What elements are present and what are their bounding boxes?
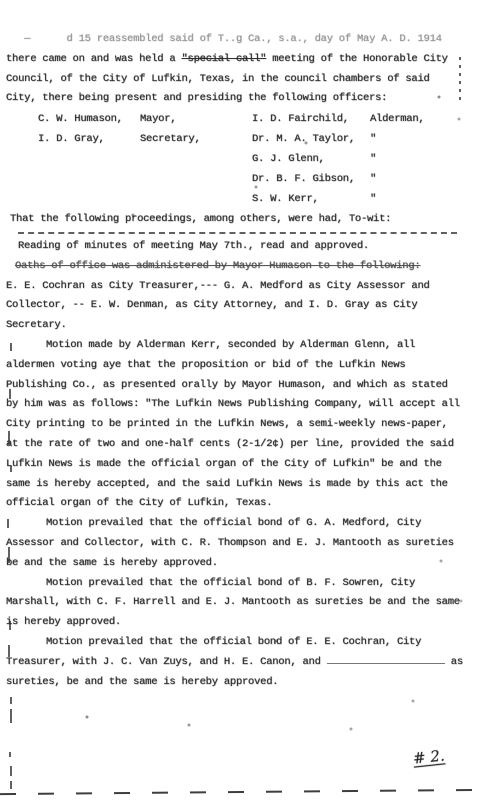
dashed-separator <box>18 232 457 234</box>
officer-title: Alderman, <box>370 113 424 125</box>
scan-noise-specks <box>0 0 2 2</box>
right-margin-dotted-mark <box>459 57 461 105</box>
officers-list: C. W. Humason,Mayor, I. D. Gray,Secretar… <box>6 110 463 210</box>
oaths-line: Oaths of office was administered by Mayo… <box>6 257 463 277</box>
minutes-read-line: Reading of minutes of meeting May 7th., … <box>6 237 463 257</box>
opening-paragraph: there came on and was held a "special ca… <box>6 50 452 109</box>
officer-row: C. W. Humason,Mayor, <box>38 110 201 130</box>
officer-row: I. D. Gray,Secretary, <box>38 130 201 150</box>
intro-line: — d 15 reassembled said of T..g Ca., s.a… <box>6 30 463 50</box>
officer-name: I. D. Gray, <box>38 130 140 150</box>
officer-ditto-mark: " <box>370 193 376 205</box>
motion-treasurer-bond-paragraph: Motion prevailed that the official bond … <box>6 633 463 692</box>
officer-row: Dr. M. A. Taylor," <box>252 130 424 150</box>
typed-text-block: — d 15 reassembled said of T..g Ca., s.a… <box>6 30 463 692</box>
handwritten-page-number: # 2. <box>412 746 445 767</box>
proceedings-line: That the following proceedings, among ot… <box>6 210 463 230</box>
officer-ditto-mark: " <box>370 153 376 165</box>
scanned-minutes-page: — d 15 reassembled said of T..g Ca., s.a… <box>0 0 488 800</box>
officer-name: Dr. M. A. Taylor, <box>252 130 370 150</box>
surety-blank-line <box>327 653 445 664</box>
officer-ditto-mark: " <box>370 173 376 185</box>
officers-left-column: C. W. Humason,Mayor, I. D. Gray,Secretar… <box>38 110 201 150</box>
motion-news-paragraph: Motion made by Alderman Kerr, seconded b… <box>6 336 463 514</box>
oaths-detail: E. E. Cochran as City Treasurer,--- G. A… <box>6 277 463 336</box>
officer-row: G. J. Glenn," <box>252 150 424 170</box>
officers-right-column: I. D. Fairchild,Alderman, Dr. M. A. Tayl… <box>252 110 424 210</box>
officer-name: Dr. B. F. Gibson, <box>252 170 370 190</box>
officer-name: I. D. Fairchild, <box>252 110 370 130</box>
motion-marshall-bond-paragraph: Motion prevailed that the official bond … <box>6 574 463 633</box>
bottom-edge-dashes <box>0 789 488 795</box>
officer-name: C. W. Humason, <box>38 110 140 130</box>
officer-title: Mayor, <box>140 113 176 125</box>
officer-row: Dr. B. F. Gibson," <box>252 170 424 190</box>
officer-title: Secretary, <box>140 133 201 145</box>
officer-name: S. W. Kerr, <box>252 190 370 210</box>
officer-row: S. W. Kerr," <box>252 190 424 210</box>
officer-row: I. D. Fairchild,Alderman, <box>252 110 424 130</box>
officer-name: G. J. Glenn, <box>252 150 370 170</box>
opening-text-pre: there came on and was held a <box>6 53 181 65</box>
officer-ditto-mark: " <box>370 133 376 145</box>
opening-text-struck: "special call" <box>181 53 266 65</box>
motion-medford-bond-paragraph: Motion prevailed that the official bond … <box>6 514 463 573</box>
